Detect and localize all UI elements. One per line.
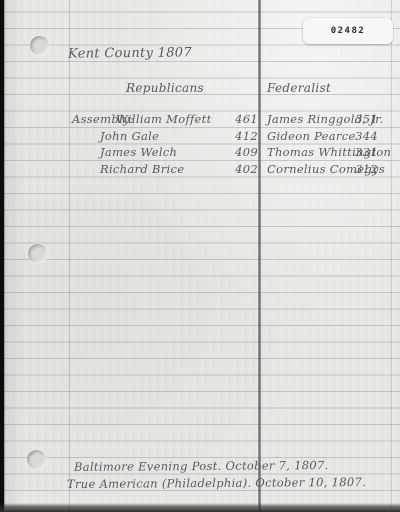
vote-count-republican: 409 [230, 145, 258, 159]
page-title: Kent County 1807 [68, 45, 192, 61]
ruled-lines [4, 0, 400, 512]
column-header-federalists: Federalist [267, 81, 331, 95]
vote-count-federalist: 344 [350, 129, 378, 143]
scan-edge-bottom [0, 503, 400, 512]
candidate-name-republican: William Moffett [116, 112, 212, 126]
hole-punch-middle [28, 244, 47, 263]
source-citation: Baltimore Evening Post. October 7, 1807. [74, 458, 329, 474]
right-margin-line [391, 0, 392, 512]
table-row: James Welch 409 Thomas Whittington 331 [4, 145, 400, 161]
vote-count-republican: 402 [230, 162, 258, 176]
hole-punch-top [30, 36, 49, 55]
table-row: John Gale 412 Gideon Pearce 344 [4, 129, 400, 145]
archive-number-sticker: 02482 [303, 18, 393, 44]
candidate-name-republican: John Gale [100, 129, 159, 143]
column-header-republicans: Republicans [126, 81, 204, 95]
table-row: Richard Brice 402 Cornelius Comegys 312 [4, 162, 400, 178]
source-citation: True American (Philadelphia). October 10… [67, 475, 366, 491]
hole-punch-bottom [27, 450, 46, 469]
candidate-name-federalist: Gideon Pearce [267, 129, 356, 143]
vote-count-federalist: 351 [350, 112, 378, 126]
vote-count-republican: 461 [230, 112, 258, 126]
scanned-ledger-page: 02482 Kent County 1807 Republicans Feder… [4, 0, 400, 512]
candidate-name-republican: Richard Brice [100, 162, 184, 176]
margin-line [69, 0, 70, 512]
vote-count-federalist: 312 [350, 162, 378, 176]
vote-count-federalist: 331 [350, 145, 378, 159]
table-row: Assembly: William Moffett 461 James Ring… [4, 112, 400, 128]
candidate-name-republican: James Welch [100, 145, 177, 159]
scan-edge-left [0, 0, 5, 512]
archive-number: 02482 [331, 26, 366, 36]
vote-count-republican: 412 [230, 129, 258, 143]
column-divider-line [258, 0, 261, 512]
